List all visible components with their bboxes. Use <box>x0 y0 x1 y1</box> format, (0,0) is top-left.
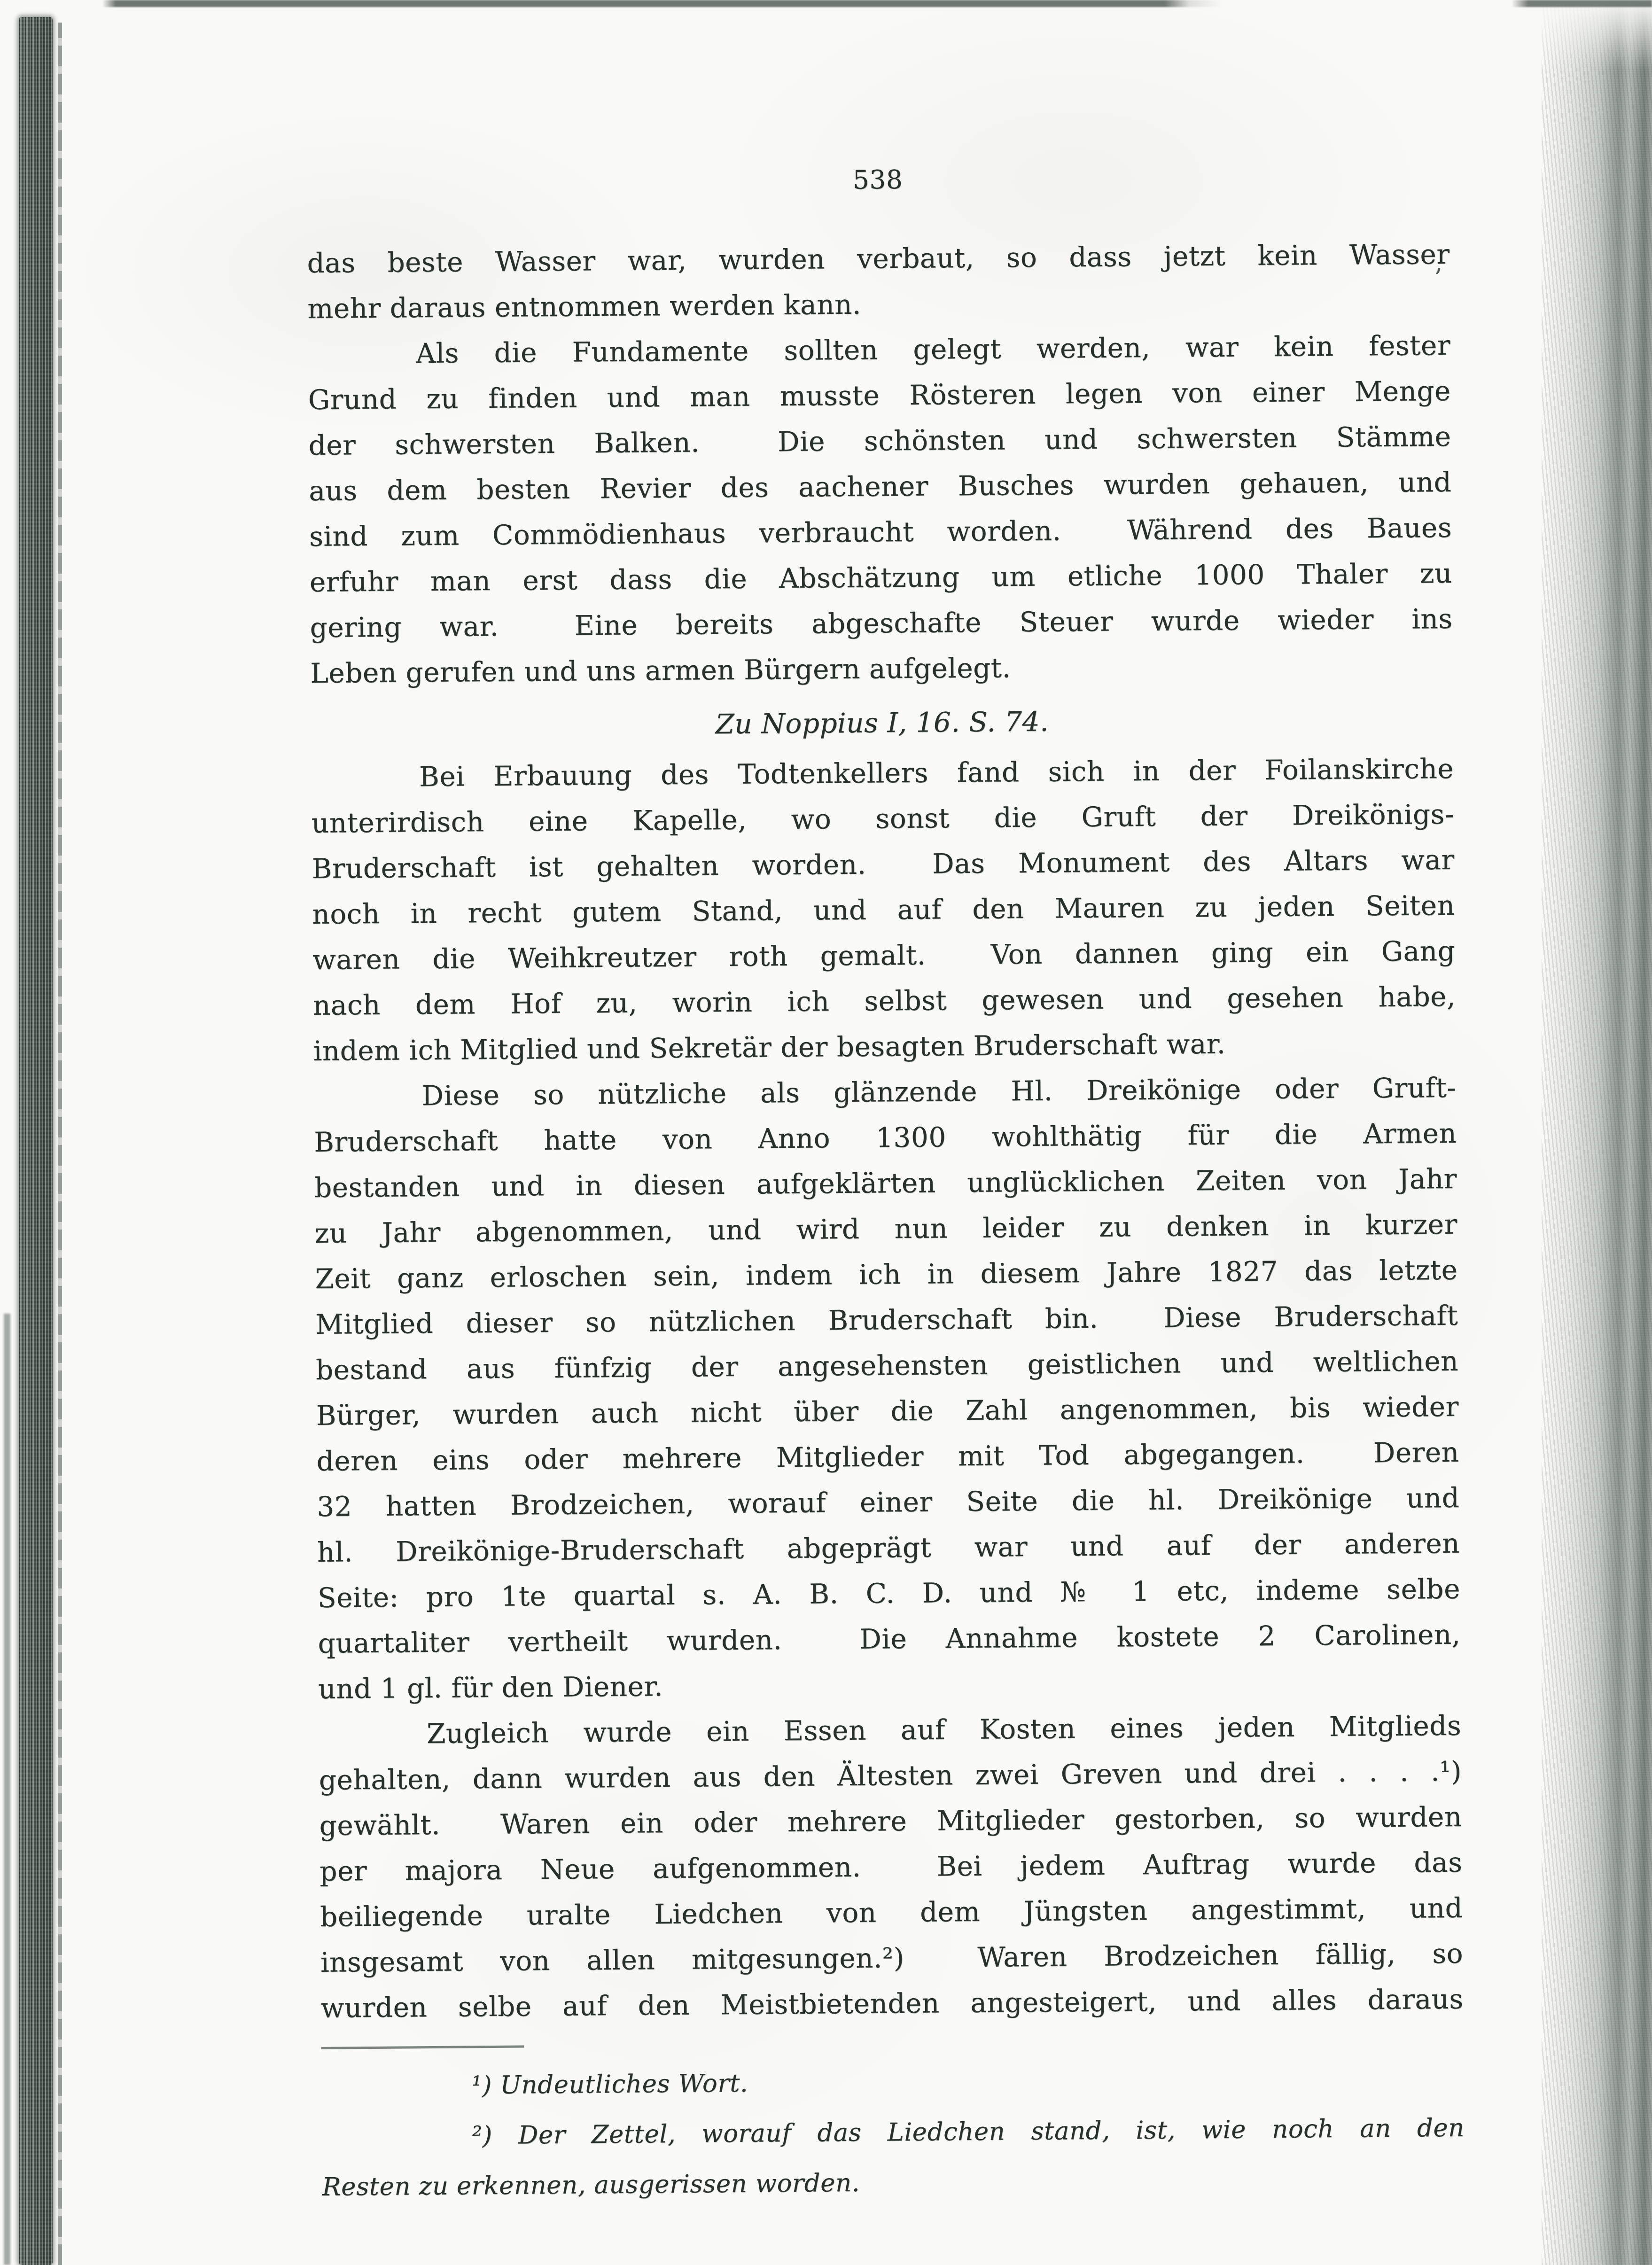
text-line: das beste Wasser war, wurden verbaut, so… <box>307 232 1450 286</box>
footnote-line: ²) Der Zettel, worauf das Liedchen stand… <box>321 2103 1465 2162</box>
text-line: bestand aus fünfzig der angesehensten ge… <box>316 1339 1459 1393</box>
footnote-rule <box>321 2045 524 2049</box>
text-line: Bürger, wurden auch nicht über die Zahl … <box>316 1384 1459 1439</box>
text-line: Zugleich wurde ein Essen auf Kosten eine… <box>319 1703 1462 1758</box>
text-line: aus dem besten Revier des aachener Busch… <box>309 459 1452 514</box>
scanned-book-page: ’ 538 das beste Wasser war, wurden verba… <box>0 0 1652 2265</box>
footnote-line: Resten zu erkennen, ausgerissen worden. <box>322 2153 1465 2212</box>
text-line: beiliegende uralte Liedchen von dem Jüng… <box>320 1885 1463 1940</box>
scan-top-edge-artifact <box>0 0 1652 7</box>
text-line: unterirdisch eine Kapelle, wo sonst die … <box>312 792 1455 846</box>
text-line: Bruderschaft ist gehalten worden. Das Mo… <box>312 837 1455 892</box>
page-text-column: 538 das beste Wasser war, wurden verbaut… <box>306 160 1465 2212</box>
text-line: Als die Fundamente sollten gelegt werden… <box>308 323 1451 377</box>
page-number: 538 <box>306 160 1449 199</box>
text-line: noch in recht gutem Stand, und auf den M… <box>312 883 1455 937</box>
text-line: zu Jahr abgenommen, und wird nun leider … <box>314 1202 1457 1256</box>
page-edge-shadow <box>1542 0 1652 2265</box>
gutter-fold-line-outer <box>4 1314 10 2265</box>
text-line: Zeit ganz erloschen sein, indem ich in d… <box>315 1247 1458 1302</box>
text-line: waren die Weihkreutzer roth gemalt. Von … <box>312 928 1456 983</box>
text-line: gering war. Eine bereits abgeschafte Ste… <box>310 596 1453 651</box>
text-line: insgesamt von allen mitgesungen.²) Waren… <box>320 1931 1464 1985</box>
text-line: gewählt. Waren ein oder mehrere Mitglied… <box>319 1794 1462 1849</box>
text-line: Bruderschaft hatte von Anno 1300 wohlthä… <box>314 1111 1457 1165</box>
text-line: und 1 gl. für den Diener. <box>318 1658 1461 1712</box>
text-line: per majora Neue aufgenommen. Bei jedem A… <box>319 1840 1463 1894</box>
text-line: Mitglied dieser so nützlichen Bruderscha… <box>315 1293 1458 1347</box>
text-line: sind zum Commödienhaus verbraucht worden… <box>309 505 1452 560</box>
text-line: deren eins oder mehrere Mitglieder mit T… <box>316 1430 1459 1484</box>
text-line: nach dem Hof zu, worin ich selbst gewese… <box>313 974 1456 1028</box>
gutter-fold-line-inner <box>58 23 62 2265</box>
text-line: gehalten, dann wurden aus den Ältesten z… <box>319 1749 1462 1803</box>
text-line: Leben gerufen und uns armen Bürgern aufg… <box>310 642 1453 696</box>
text-line: hl. Dreikönige-Bruderschaft abgeprägt wa… <box>317 1521 1460 1575</box>
text-line: indem ich Mitglied und Sekretär der besa… <box>313 1020 1456 1074</box>
text-line: Bei Erbauung des Todtenkellers fand sich… <box>311 746 1454 801</box>
footnote-line: ¹) Undeutliches Wort. <box>321 2053 1465 2112</box>
text-line: bestanden und in diesen aufgeklärten ung… <box>314 1156 1457 1211</box>
text-line: erfuhr man erst dass die Abschätzung um … <box>310 551 1453 605</box>
book-gutter-shadow <box>19 17 53 2265</box>
text-line: Diese so nützliche als glänzende Hl. Dre… <box>313 1065 1457 1120</box>
text-line: wurden selbe auf den Meistbietenden ange… <box>320 1977 1464 2031</box>
text-line: mehr daraus entnommen werden kann. <box>307 277 1450 332</box>
text-line: 32 hatten Brodzeichen, worauf einer Seit… <box>317 1475 1460 1530</box>
text-line: Grund zu finden und man musste Rösteren … <box>308 368 1451 423</box>
section-heading: Zu Noppius I, 16. S. 74. <box>311 696 1454 750</box>
text-line: Seite: pro 1te quartal s. A. B. C. D. un… <box>318 1566 1461 1621</box>
text-line: quartaliter vertheilt wurden. Die Annahm… <box>318 1612 1461 1666</box>
text-line: der schwersten Balken. Die schönsten und… <box>308 414 1451 468</box>
